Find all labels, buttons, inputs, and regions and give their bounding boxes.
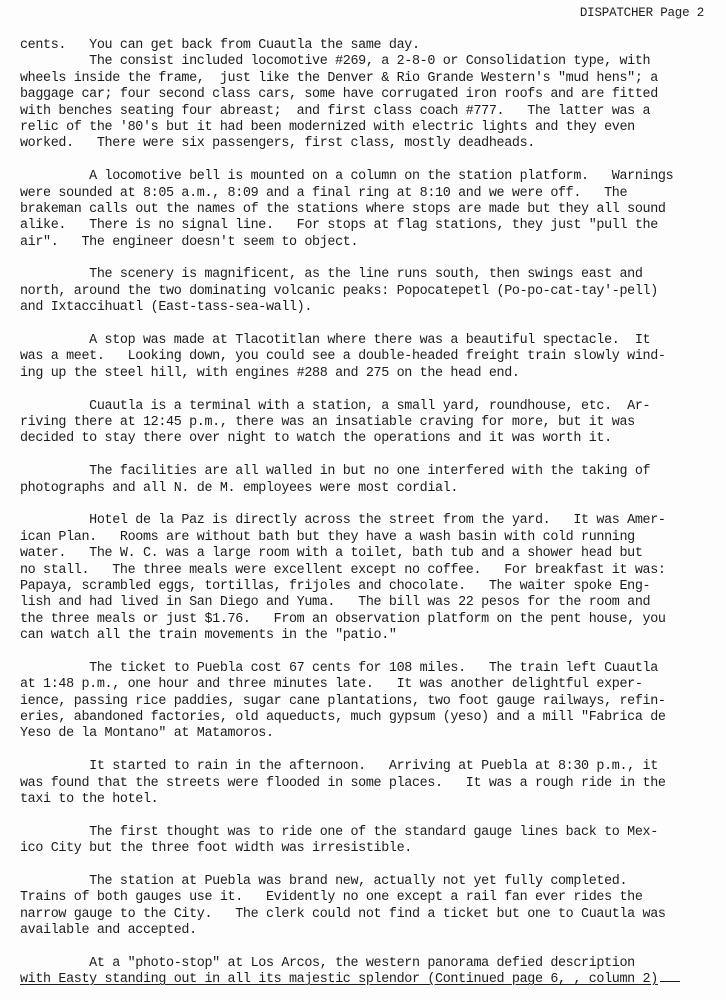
paragraph: cents. You can get back from Cuautla the…: [20, 38, 710, 153]
article-body: cents. You can get back from Cuautla the…: [20, 38, 710, 989]
text-line: water. The W. C. was a large room with a…: [20, 546, 710, 562]
text-line: was a meet. Looking down, you could see …: [20, 349, 710, 365]
publication-name: DISPATCHER: [580, 6, 653, 20]
text-line: The facilities are all walled in but no …: [20, 464, 710, 480]
text-line: A locomotive bell is mounted on a column…: [20, 169, 710, 185]
text-line: riving there at 12:45 p.m., there was an…: [20, 415, 710, 431]
text-line: Hotel de la Paz is directly across the s…: [20, 513, 710, 529]
text-line: and Ixtaccihuatl (East-tass-sea-wall).: [20, 300, 710, 316]
text-line: relic of the '80's but it had been moder…: [20, 120, 710, 136]
paragraph: The ticket to Puebla cost 67 cents for 1…: [20, 661, 710, 743]
text-line: worked. There were six passengers, first…: [20, 136, 710, 152]
text-line: The station at Puebla was brand new, act…: [20, 874, 710, 890]
text-line: baggage car; four second class cars, som…: [20, 87, 710, 103]
text-line: The scenery is magnificent, as the line …: [20, 267, 710, 283]
text-line: cents. You can get back from Cuautla the…: [20, 38, 710, 54]
text-line: A stop was made at Tlacotitlan where the…: [20, 333, 710, 349]
text-line: ican Plan. Rooms are without bath but th…: [20, 530, 710, 546]
text-line: ing up the steel hill, with engines #288…: [20, 366, 710, 382]
paragraph: Cuautla is a terminal with a station, a …: [20, 399, 710, 448]
text-line: The ticket to Puebla cost 67 cents for 1…: [20, 661, 710, 677]
text-line: photographs and all N. de M. employees w…: [20, 481, 710, 497]
text-line: Trains of both gauges use it. Evidently …: [20, 890, 710, 906]
paragraph-spacer: [20, 317, 710, 333]
paragraph-spacer: [20, 382, 710, 398]
text-line: decided to stay there over night to watc…: [20, 431, 710, 447]
text-line: at 1:48 p.m., one hour and three minutes…: [20, 677, 710, 693]
page-number: Page 2: [660, 6, 704, 20]
text-line: alike. There is no signal line. For stop…: [20, 218, 710, 234]
paragraph: The first thought was to ride one of the…: [20, 825, 710, 858]
text-line: At a "photo-stop" at Los Arcos, the west…: [20, 956, 710, 972]
text-line: lish and had lived in San Diego and Yuma…: [20, 595, 710, 611]
text-line: The consist included locomotive #269, a …: [20, 54, 710, 70]
paragraph-spacer: [20, 251, 710, 267]
text-line: narrow gauge to the City. The clerk coul…: [20, 907, 710, 923]
text-line: The first thought was to ride one of the…: [20, 825, 710, 841]
text-line: brakeman calls out the names of the stat…: [20, 202, 710, 218]
paragraph-spacer: [20, 743, 710, 759]
text-line: can watch all the train movements in the…: [20, 628, 710, 644]
text-line: Papaya, scrambled eggs, tortillas, frijo…: [20, 579, 710, 595]
paragraph-spacer: [20, 808, 710, 824]
text-line: was found that the streets were flooded …: [20, 776, 710, 792]
text-line: Cuautla is a terminal with a station, a …: [20, 399, 710, 415]
underline-rule: [660, 980, 680, 982]
text-line: no stall. The three meals were excellent…: [20, 563, 710, 579]
text-line: air". The engineer doesn't seem to objec…: [20, 235, 710, 251]
continuation-line: with Easty standing out in all its majes…: [20, 972, 710, 988]
text-line: were sounded at 8:05 a.m., 8:09 and a fi…: [20, 186, 710, 202]
paragraph: At a "photo-stop" at Los Arcos, the west…: [20, 956, 710, 989]
text-line: the three meals or just $1.76. From an o…: [20, 612, 710, 628]
text-line: with benches seating four abreast; and f…: [20, 104, 710, 120]
paragraph-spacer: [20, 497, 710, 513]
document-page: DISPATCHER Page 2 cents. You can get bac…: [0, 0, 726, 1000]
paragraph: The scenery is magnificent, as the line …: [20, 267, 710, 316]
paragraph: A locomotive bell is mounted on a column…: [20, 169, 710, 251]
paragraph: It started to rain in the afternoon. Arr…: [20, 759, 710, 808]
text-line: ico City but the three foot width was ir…: [20, 841, 710, 857]
paragraph-spacer: [20, 448, 710, 464]
text-line: north, around the two dominating volcani…: [20, 284, 710, 300]
paragraph: A stop was made at Tlacotitlan where the…: [20, 333, 710, 382]
text-line: available and accepted.: [20, 923, 710, 939]
page-header: DISPATCHER Page 2: [580, 6, 704, 20]
text-line: It started to rain in the afternoon. Arr…: [20, 759, 710, 775]
paragraph-spacer: [20, 644, 710, 660]
text-line: taxi to the hotel.: [20, 792, 710, 808]
text-line: ience, passing rice paddies, sugar cane …: [20, 694, 710, 710]
paragraph: Hotel de la Paz is directly across the s…: [20, 513, 710, 644]
paragraph: The facilities are all walled in but no …: [20, 464, 710, 497]
paragraph-spacer: [20, 153, 710, 169]
text-line: eries, abandoned factories, old aqueduct…: [20, 710, 710, 726]
text-line: Yeso de la Montano" at Matamoros.: [20, 726, 710, 742]
paragraph-spacer: [20, 939, 710, 955]
paragraph: The station at Puebla was brand new, act…: [20, 874, 710, 940]
paragraph-spacer: [20, 858, 710, 874]
text-line: wheels inside the frame, just like the D…: [20, 71, 710, 87]
